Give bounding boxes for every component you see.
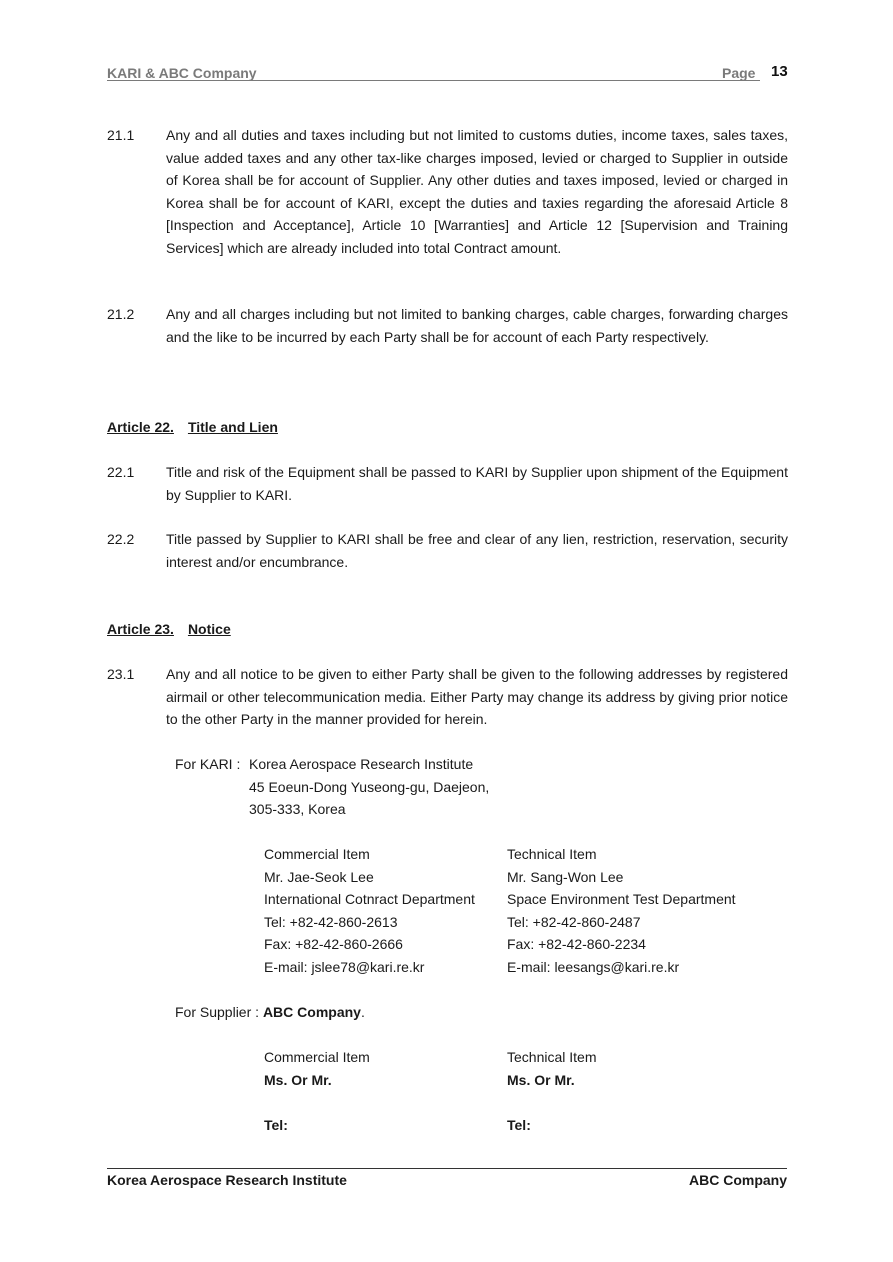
article-label: Article 23.	[107, 621, 174, 637]
supplier-commercial-contact: Commercial Item Ms. Or Mr. Tel:	[264, 1046, 370, 1136]
kari-address: Korea Aerospace Research Institute 45 Eo…	[249, 753, 489, 821]
contact-heading: Commercial Item	[264, 1046, 370, 1069]
clause-text: Any and all charges including but not li…	[166, 303, 788, 348]
supplier-line: For Supplier : ABC Company.	[175, 1001, 365, 1024]
address-line: 45 Eoeun-Dong Yuseong-gu, Daejeon,	[249, 776, 489, 799]
contact-fax: Fax: +82-42-860-2666	[264, 933, 475, 956]
clause-number: 22.1	[107, 461, 162, 484]
contact-email: E-mail: leesangs@kari.re.kr	[507, 956, 736, 979]
clause-text: Title passed by Supplier to KARI shall b…	[166, 528, 788, 573]
contact-department: Space Environment Test Department	[507, 888, 736, 911]
contact-heading: Technical Item	[507, 1046, 596, 1069]
contact-name: Ms. Or Mr.	[264, 1069, 370, 1092]
supplier-name: ABC Company	[263, 1004, 361, 1020]
contact-heading: Technical Item	[507, 843, 736, 866]
page-header: KARI & ABC Company Page 13	[107, 63, 787, 85]
article-23-heading: Article 23.Notice	[107, 619, 231, 639]
contact-tel: Tel:	[507, 1114, 596, 1137]
contact-name: Mr. Sang-Won Lee	[507, 866, 736, 889]
footer-left: Korea Aerospace Research Institute	[107, 1172, 347, 1188]
article-22-heading: Article 22.Title and Lien	[107, 417, 278, 437]
supplier-name-suffix: .	[361, 1004, 365, 1020]
supplier-label: For Supplier :	[175, 1004, 263, 1020]
clause-number: 21.2	[107, 303, 162, 326]
footer-rule	[107, 1168, 787, 1169]
kari-label: For KARI :	[175, 753, 240, 776]
contact-name: Ms. Or Mr.	[507, 1069, 596, 1092]
page-label: Page	[722, 65, 755, 81]
clause-text: Any and all duties and taxes including b…	[166, 124, 788, 260]
address-line: 305-333, Korea	[249, 798, 489, 821]
contact-tel: Tel:	[264, 1114, 370, 1137]
kari-commercial-contact: Commercial Item Mr. Jae-Seok Lee Interna…	[264, 843, 475, 979]
clause-23-1: 23.1 Any and all notice to be given to e…	[107, 663, 788, 731]
contact-name: Mr. Jae-Seok Lee	[264, 866, 475, 889]
clause-21-1: 21.1 Any and all duties and taxes includ…	[107, 124, 788, 260]
article-label: Article 22.	[107, 419, 174, 435]
contact-tel: Tel: +82-42-860-2613	[264, 911, 475, 934]
article-title: Title and Lien	[188, 419, 278, 435]
page-number: 13	[771, 63, 788, 80]
contact-tel: Tel: +82-42-860-2487	[507, 911, 736, 934]
supplier-technical-contact: Technical Item Ms. Or Mr. Tel:	[507, 1046, 596, 1136]
contact-department: International Cotnract Department	[264, 888, 475, 911]
clause-21-2: 21.2 Any and all charges including but n…	[107, 303, 788, 348]
clause-text: Any and all notice to be given to either…	[166, 663, 788, 731]
clause-number: 22.2	[107, 528, 162, 551]
address-line: Korea Aerospace Research Institute	[249, 753, 489, 776]
clause-number: 23.1	[107, 663, 162, 686]
kari-technical-contact: Technical Item Mr. Sang-Won Lee Space En…	[507, 843, 736, 979]
header-rule	[107, 80, 760, 81]
article-title: Notice	[188, 621, 231, 637]
clause-number: 21.1	[107, 124, 162, 147]
clause-22-2: 22.2 Title passed by Supplier to KARI sh…	[107, 528, 788, 573]
clause-22-1: 22.1 Title and risk of the Equipment sha…	[107, 461, 788, 506]
footer-right: ABC Company	[689, 1172, 787, 1188]
contact-heading: Commercial Item	[264, 843, 475, 866]
clause-text: Title and risk of the Equipment shall be…	[166, 461, 788, 506]
header-title: KARI & ABC Company	[107, 65, 257, 81]
contact-fax: Fax: +82-42-860-2234	[507, 933, 736, 956]
contact-email: E-mail: jslee78@kari.re.kr	[264, 956, 475, 979]
